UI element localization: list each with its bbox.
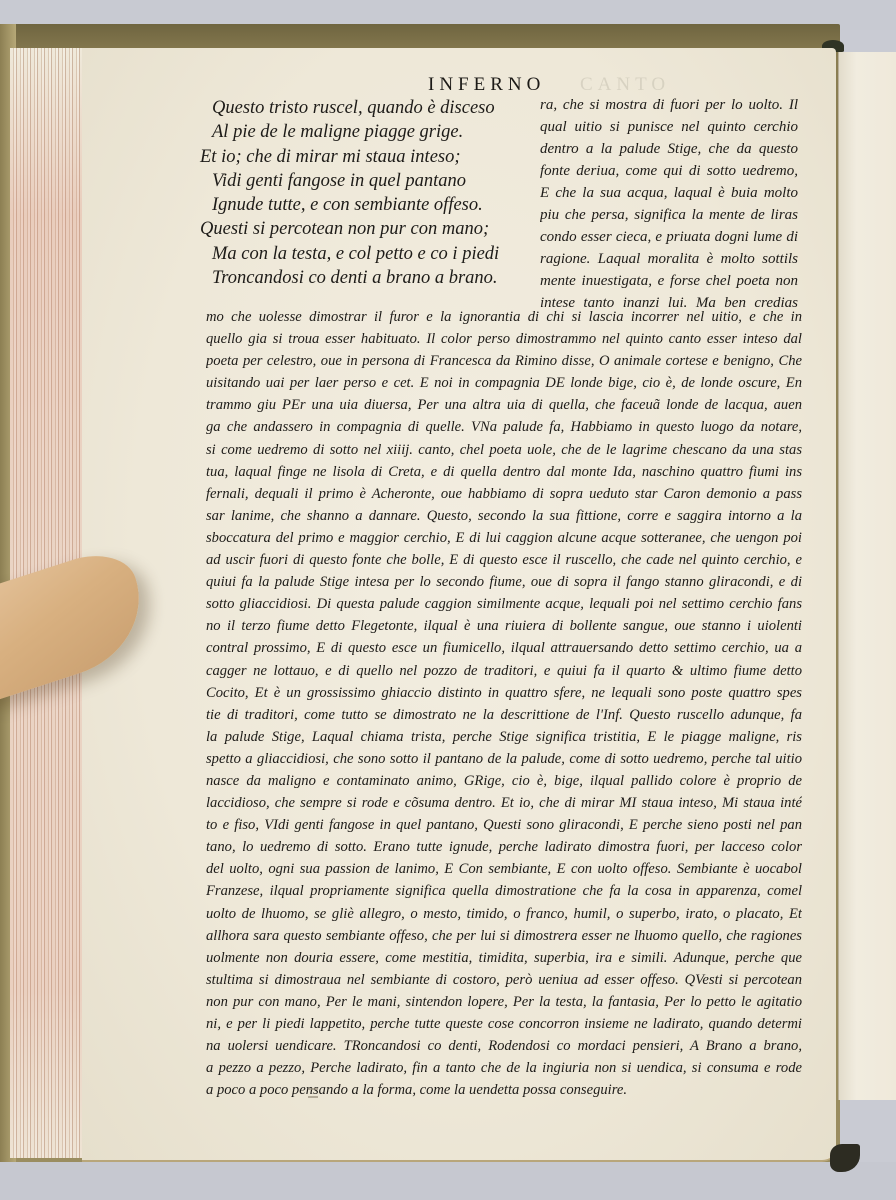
commentary-line: no il terzo fiume detto Flegetonte, ilqu…	[206, 615, 802, 637]
commentary-line: condo esser cieca, e priuata dogni lume …	[540, 226, 798, 248]
verse-line: Troncandosi co denti a brano a brano.	[200, 266, 530, 290]
verse-line: Questo tristo ruscel, quando è disceso	[200, 96, 530, 120]
commentary-line: ni, e per li piedi lappetito, perche tut…	[206, 1013, 802, 1035]
backdrop-bottom	[0, 1162, 896, 1200]
verse-block: Questo tristo ruscel, quando è disceso A…	[200, 96, 530, 290]
running-head: INFERNO	[428, 74, 545, 96]
verse-line: Et io; che di mirar mi staua inteso;	[200, 145, 530, 169]
commentary-line: uisitando uai per laer perso e cet. E no…	[206, 372, 802, 394]
commentary-line: ra, che si mostra di fuori per lo uolto.…	[540, 94, 798, 116]
verse-line: Vidi genti fangose in quel pantano	[200, 169, 530, 193]
commentary-line: sboccatura del primo e maggior cerchio, …	[206, 527, 802, 549]
commentary-line: mente inuestigata, e forse chel poeta no…	[540, 270, 798, 292]
commentary-line: laccidioso, che sempre si rode e cõsuma …	[206, 792, 802, 814]
commentary-line: ad uscir fuori di questo fonte che bolle…	[206, 549, 802, 571]
commentary-line: contral prossimo, E di questo esce un fi…	[206, 637, 802, 659]
commentary-line: cagger ne lottauo, e di quello nel pozzo…	[206, 660, 802, 682]
verse-line: Ignude tutte, e con sembiante offeso.	[200, 193, 530, 217]
commentary-line: quiui fa la palude Stige intesa per lo s…	[206, 571, 802, 593]
commentary-line: del uolto, ogni sua passion de lanimo, E…	[206, 858, 802, 880]
facing-page-edge	[838, 52, 896, 1100]
commentary-line: la palude Stige, Laqual chiama trista, p…	[206, 726, 802, 748]
show-through-running-head: CANTO	[580, 74, 670, 96]
commentary-line: allhora sara questo sembiante offeso, ch…	[206, 925, 802, 947]
commentary-side-column: ra, che si mostra di fuori per lo uolto.…	[540, 94, 798, 314]
commentary-line: quello gia si troua esser habituato. Il …	[206, 328, 802, 350]
commentary-line: poeta per celestro, oue in persona di Fr…	[206, 350, 802, 372]
commentary-line: qual uitio si punisce nel quinto cerchio	[540, 116, 798, 138]
commentary-line: non pur con mano, Per le mani, sintendon…	[206, 991, 802, 1013]
commentary-line: sotto gliaccidiosi. Di questa palude cag…	[206, 593, 802, 615]
commentary-line: to e fiso, VIdi genti fangose in quel pa…	[206, 814, 802, 836]
commentary-line: E che la sua acqua, laqual è buia molto	[540, 182, 798, 204]
commentary-line: sar lanime, che shanno a dannare. Questo…	[206, 505, 802, 527]
commentary-line: si come uedremo di sotto nel xiiij. cant…	[206, 439, 802, 461]
verse-line: Ma con la testa, e col petto e co i pied…	[200, 242, 530, 266]
commentary-line: ragione. Laqual moralita è molto sottils	[540, 248, 798, 270]
verse-line: Questi si percotean non pur con mano;	[200, 217, 530, 241]
commentary-line: ga che andassero in compagnia di quelle.…	[206, 416, 802, 438]
commentary-line: Franzese, ilqual propriamente significa …	[206, 880, 802, 902]
commentary-line: tie di traditori, come tutto se dimostra…	[206, 704, 802, 726]
verse-line: Al pie de le maligne piagge grige.	[200, 120, 530, 144]
commentary-line: tua, laqual finge ne lisola di Creta, e …	[206, 461, 802, 483]
commentary-line: mo che uolesse dimostrar il furor e la i…	[206, 306, 802, 328]
commentary-line: uolmente non douria essere, come mestiti…	[206, 947, 802, 969]
commentary-line: tano, lo uedremo di sotto. Erano tutte i…	[206, 836, 802, 858]
commentary-line: fernali, dequali il primo è Acheronte, o…	[206, 483, 802, 505]
commentary-line: trammo giu PEr una uia diuersa, Per una …	[206, 394, 802, 416]
printer-mark	[308, 1088, 318, 1098]
commentary-line: dentro a la palude Stige, che da questo	[540, 138, 798, 160]
commentary-main-block: mo che uolesse dimostrar il furor e la i…	[206, 306, 802, 1101]
commentary-line: nasce da maligno e contaminato animo, GR…	[206, 770, 802, 792]
commentary-line: spetto a gliaccidiosi, che sono sotto il…	[206, 748, 802, 770]
commentary-line: a pezzo a pezzo, Perche ladirato, fin a …	[206, 1057, 802, 1079]
commentary-line: na uolersi uendicare. TRoncandosi co den…	[206, 1035, 802, 1057]
commentary-line: piu che persa, significa la mente de lir…	[540, 204, 798, 226]
commentary-line: fonte deriua, come qui di sotto uedremo,	[540, 160, 798, 182]
commentary-line: stultima si dimostraua nel sembiante di …	[206, 969, 802, 991]
commentary-line: a poco a poco pensando a la forma, come …	[206, 1079, 802, 1101]
commentary-line: Cocito, Et è un grossissimo ghiaccio dis…	[206, 682, 802, 704]
commentary-line: uolto de lhuomo, se gliè allegro, o mest…	[206, 903, 802, 925]
